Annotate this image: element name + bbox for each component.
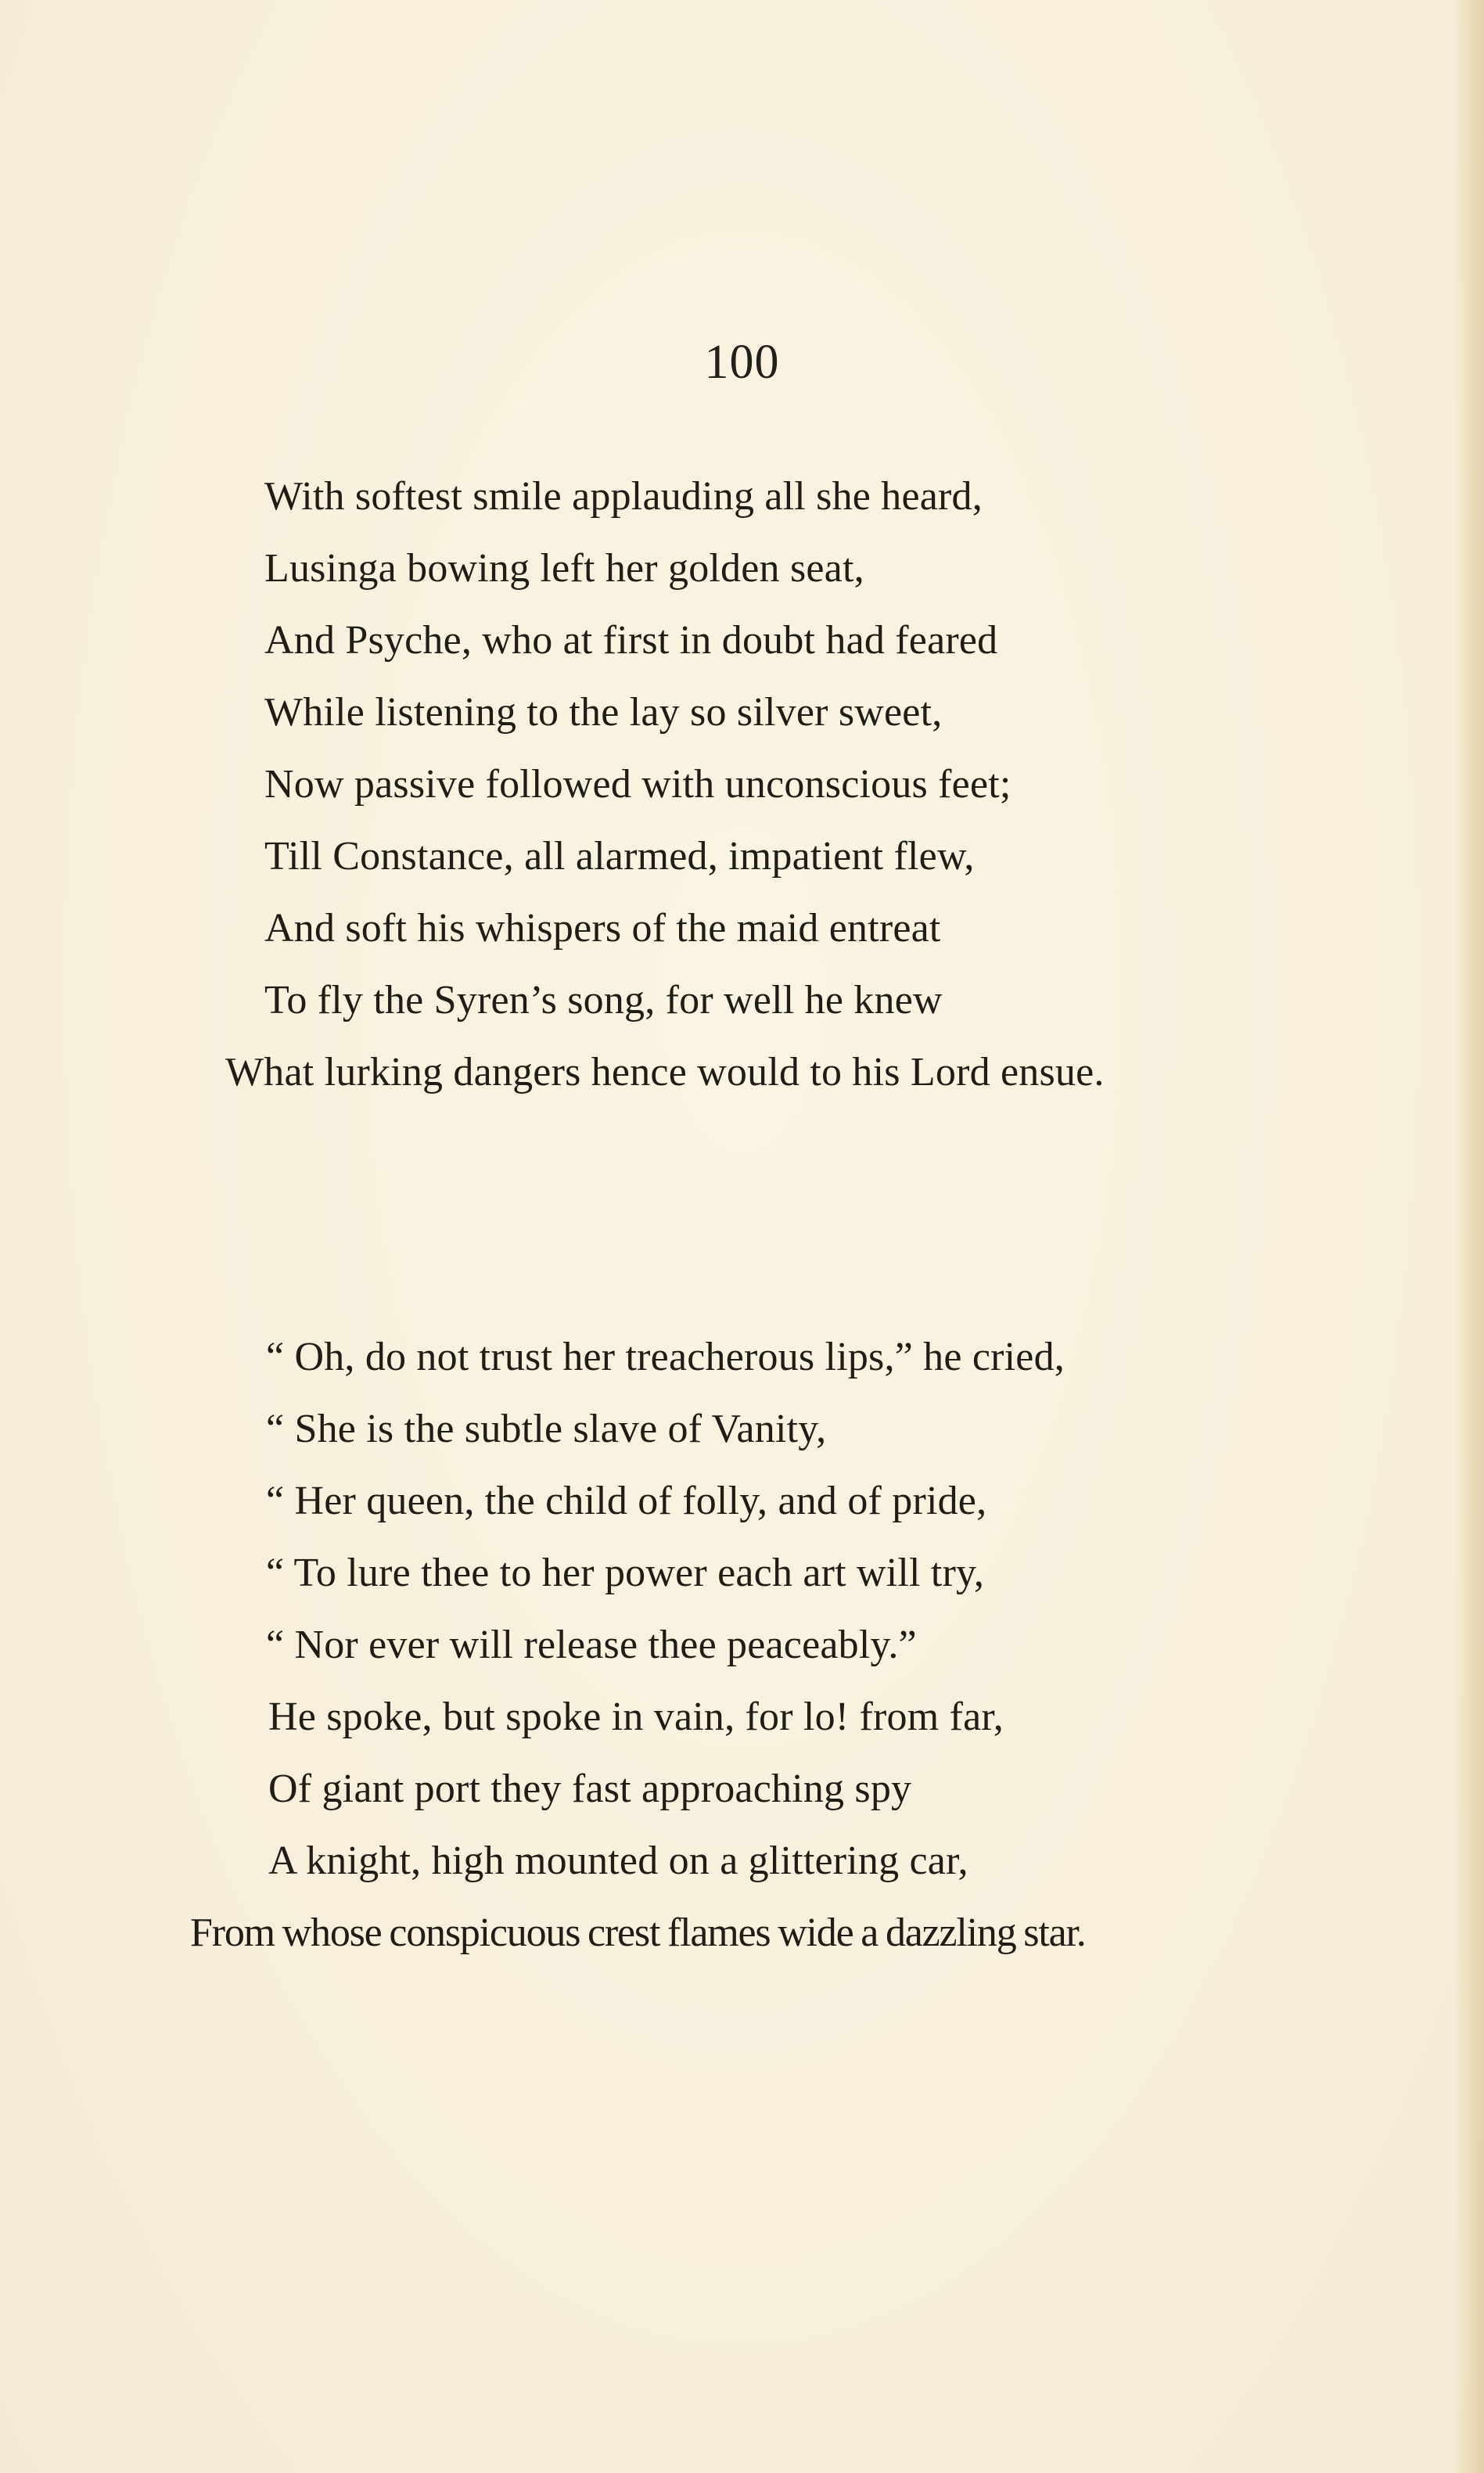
verse-line-alexandrine: What lurking dangers hence would to his …: [225, 1045, 1105, 1100]
verse-line: He spoke, but spoke in vain, for lo! fro…: [268, 1690, 1004, 1745]
verse-line: “ Oh, do not trust her treacherous lips,…: [266, 1330, 1065, 1385]
book-page: 100 With softest smile applauding all sh…: [0, 0, 1484, 2473]
verse-line: Of giant port they fast approaching spy: [268, 1762, 911, 1817]
verse-line-alexandrine: From whose conspicuous crest flames wide…: [190, 1906, 1086, 1961]
verse-line: “ Her queen, the child of folly, and of …: [266, 1474, 986, 1529]
verse-line: And soft his whispers of the maid entrea…: [264, 901, 941, 956]
verse-line: While listening to the lay so silver swe…: [264, 685, 942, 740]
verse-line: With softest smile applauding all she he…: [264, 469, 983, 524]
verse-line: A knight, high mounted on a glittering c…: [268, 1834, 968, 1889]
verse-line: Till Constance, all alarmed, impatient f…: [264, 829, 975, 884]
verse-line: “ She is the subtle slave of Vanity,: [266, 1402, 826, 1457]
verse-line: “ Nor ever will release thee peaceably.”: [266, 1618, 917, 1673]
verse-line: Now passive followed with unconscious fe…: [264, 757, 1011, 812]
verse-line: And Psyche, who at first in doubt had fe…: [264, 613, 997, 668]
verse-line: Lusinga bowing left her golden seat,: [264, 541, 864, 596]
verse-line: “ To lure thee to her power each art wil…: [266, 1546, 984, 1601]
page-number: 100: [0, 335, 1484, 390]
verse-line: To fly the Syren’s song, for well he kne…: [264, 973, 943, 1028]
